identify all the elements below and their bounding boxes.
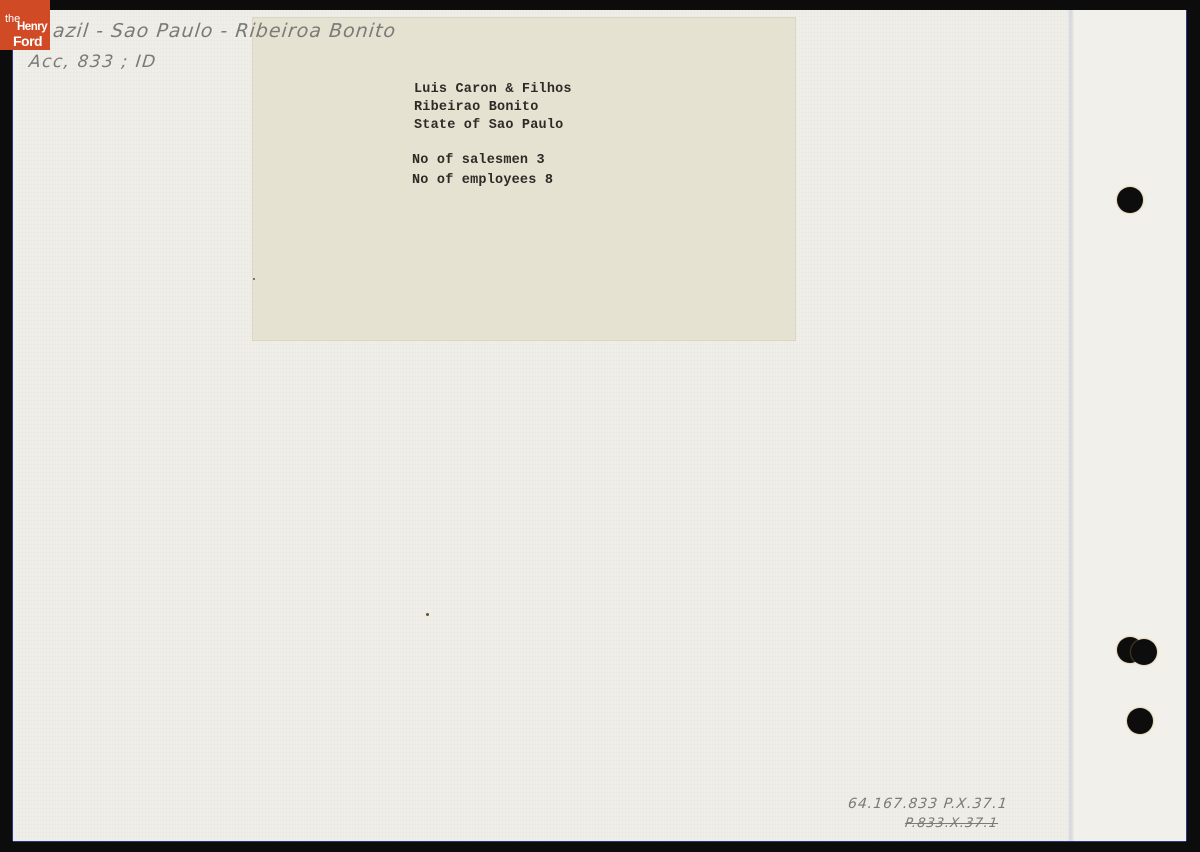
henry-ford-logo: the Henry Ford — [0, 0, 50, 50]
typed-state: State of Sao Paulo — [414, 116, 563, 135]
pencil-catalog-number: 64.167.833 P.X.37.1 — [847, 796, 1008, 812]
logo-text-ford: Ford — [13, 33, 42, 49]
typed-employees-count: No of employees 8 — [412, 171, 553, 190]
pencil-heading: azil - Sao Paulo - Ribeiroa Bonito — [52, 20, 397, 42]
typed-salesmen-count: No of salesmen 3 — [412, 151, 545, 170]
binder-hole — [1117, 187, 1143, 213]
paper-speck — [426, 613, 429, 616]
pencil-old-catalog-number: P.833.X.37.1 — [904, 816, 999, 831]
typed-city: Ribeirao Bonito — [414, 98, 539, 117]
pencil-accession: Acc, 833 ; ID — [28, 52, 158, 72]
paper-speck — [253, 278, 255, 280]
typed-company-name: Luis Caron & Filhos — [414, 80, 572, 99]
binder-hole — [1127, 708, 1153, 734]
binder-hole — [1131, 639, 1157, 665]
archival-mount-page: azil - Sao Paulo - Ribeiroa Bonito Acc, … — [13, 10, 1186, 841]
logo-text-henry: Henry — [17, 21, 47, 33]
